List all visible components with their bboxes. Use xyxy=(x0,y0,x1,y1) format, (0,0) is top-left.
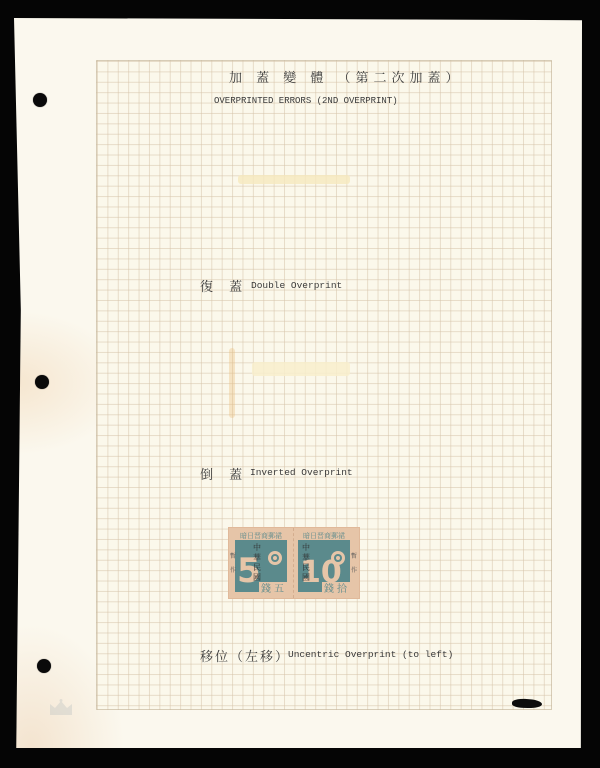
svg-text:暫: 暫 xyxy=(351,552,357,560)
binder-hole-top xyxy=(33,93,47,107)
section-label-en: Double Overprint xyxy=(251,280,342,291)
svg-text:中: 中 xyxy=(253,542,261,552)
svg-text:五: 五 xyxy=(274,583,284,595)
svg-text:民: 民 xyxy=(253,563,261,572)
foxing-stain xyxy=(229,348,235,418)
svg-text:錢: 錢 xyxy=(324,582,334,595)
svg-text:國: 國 xyxy=(302,573,310,582)
svg-text:暫: 暫 xyxy=(230,552,236,560)
svg-text:華: 華 xyxy=(302,552,310,562)
svg-text:民: 民 xyxy=(302,563,310,572)
section-label-en: Inverted Overprint xyxy=(250,467,353,478)
svg-text:錢: 錢 xyxy=(261,582,271,595)
binder-hole-middle xyxy=(35,375,49,389)
hinge-stain xyxy=(238,175,350,184)
section-label-cjk: 倒 蓋 xyxy=(200,464,248,483)
stamp-10-sen: 暗日晋商郵裙 10 錢 拾 中 華 民 國 暫 作 xyxy=(293,528,358,598)
binder-hole-bottom xyxy=(37,659,51,673)
ink-mark xyxy=(512,698,542,708)
page-title-en: OVERPRINTED ERRORS (2ND OVERPRINT) xyxy=(214,96,398,106)
section-label-cjk: 移位（左移） xyxy=(200,646,290,665)
stamp-5-sen: 暗日晋商郵裙 5 錢 五 中 華 民 國 暫 作 xyxy=(229,528,293,598)
section-label-en: Uncentric Overprint (to left) xyxy=(288,649,453,660)
svg-text:中: 中 xyxy=(302,542,310,552)
graph-paper-grid xyxy=(96,60,552,710)
svg-text:作: 作 xyxy=(230,566,236,574)
svg-text:國: 國 xyxy=(253,573,261,582)
crown-watermark-icon xyxy=(48,698,74,716)
svg-text:華: 華 xyxy=(253,552,261,562)
svg-text:拾: 拾 xyxy=(337,582,347,595)
svg-text:作: 作 xyxy=(351,566,357,574)
album-page-photo: 加 蓋 變 體 （第二次加蓋） OVERPRINTED ERRORS (2ND … xyxy=(0,0,600,768)
stamp-pair: 暗日晋商郵裙 5 錢 五 中 華 民 國 暫 作 暗日晋商郵裙 10 xyxy=(229,528,359,598)
svg-text:暗日晋商郵裙: 暗日晋商郵裙 xyxy=(303,531,345,540)
stamp-header: 暗日晋商郵裙 xyxy=(240,531,282,540)
page-title-cjk: 加 蓋 變 體 （第二次加蓋） xyxy=(229,67,464,86)
section-label-cjk: 復 蓋 xyxy=(200,276,248,295)
hinge-stain xyxy=(252,362,350,376)
